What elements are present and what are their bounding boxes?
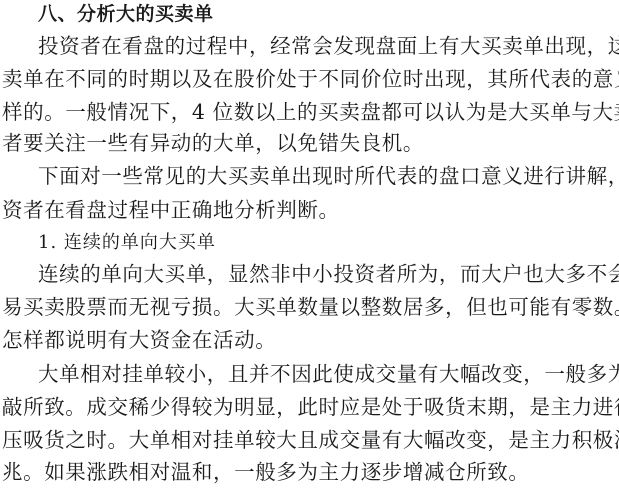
paragraph-line: 兆。如果涨跌相对温和，一般多为主力逐步增减仓所致。: [2, 460, 530, 484]
paragraph-line: 资者在看盘过程中正确地分析判断。: [2, 198, 340, 222]
paragraph-line: 者要关注一些有异动的大单，以免错失良机。: [2, 131, 424, 155]
paragraph-line: 压吸货之时。大单相对挂单较大且成交量有大幅改变，是主力积极活动的征: [2, 428, 619, 452]
section-title: 八、分析大的买卖单: [38, 2, 214, 26]
paragraph-line: 下面对一些常见的大买卖单出现时所代表的盘口意义进行讲解，以便投: [38, 164, 619, 188]
paragraph-line: 大单相对挂单较小，且并不因此使成交量有大幅改变，一般多为主力对: [38, 362, 619, 386]
paragraph-line: 怎样都说明有大资金在活动。: [2, 328, 276, 352]
subheading-1: 1. 连续的单向大买单: [38, 231, 216, 255]
paragraph-line: 投资者在看盘的过程中，经常会发现盘面上有大买卖单出现，这些大买: [38, 34, 619, 58]
paragraph-line: 卖单在不同的时期以及在股价处于不同价位时出现，其所代表的意义是不一: [2, 67, 619, 91]
paragraph-line: 样的。一般情况下，4 位数以上的买卖盘都可以认为是大买单与大卖单。投资: [2, 100, 619, 124]
paragraph-line: 连续的单向大买单，显然非中小投资者所为，而大户也大多不会如此轻: [38, 262, 619, 286]
paragraph-line: 敲所致。成交稀少得较为明显，此时应是处于吸货末期，是主力进行最后打: [2, 395, 619, 419]
paragraph-line: 易买卖股票而无视亏损。大买单数量以整数居多，但也可能有零数。但不管: [2, 295, 619, 319]
